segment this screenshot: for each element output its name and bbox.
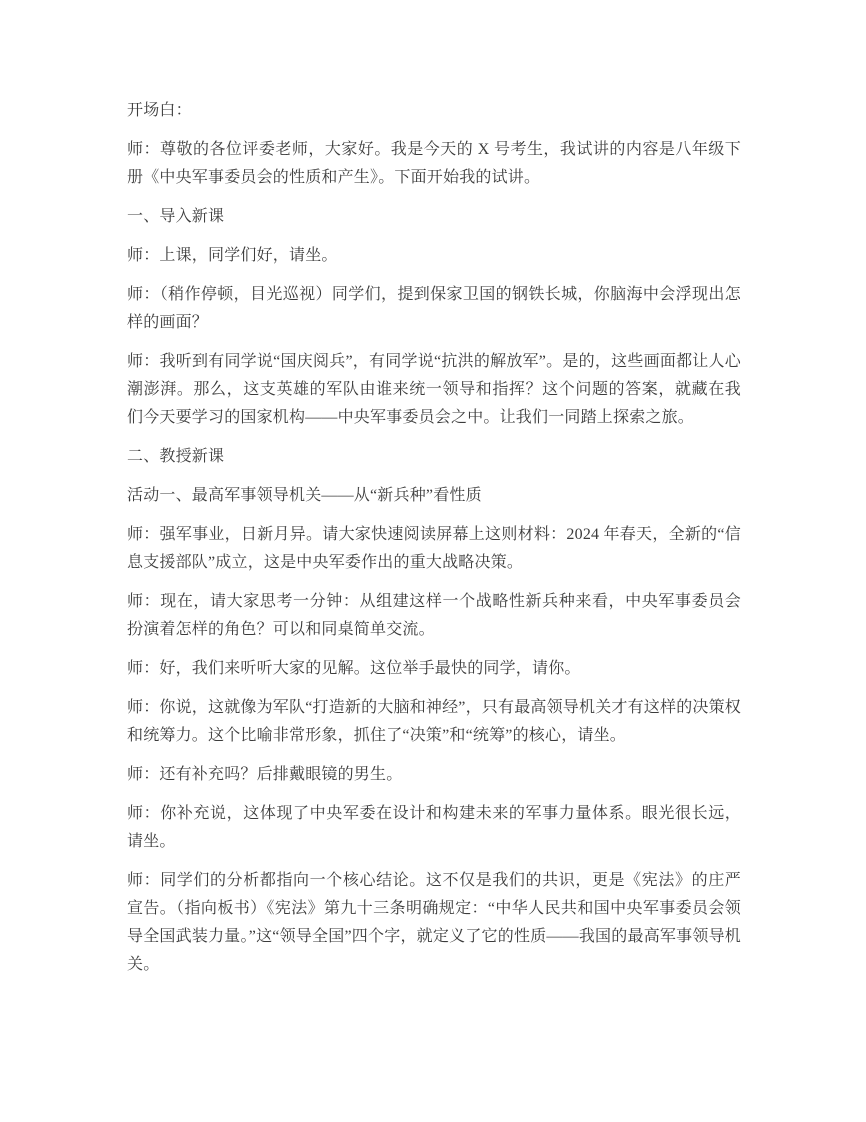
- dialogue-paragraph: 师：现在，请大家思考一分钟：从组建这样一个战略性新兵种来看，中央军事委员会扮演着…: [127, 588, 741, 644]
- dialogue-paragraph: 师：好，我们来听听大家的见解。这位举手最快的同学，请你。: [127, 655, 741, 683]
- dialogue-paragraph: 师：还有补充吗？后排戴眼镜的男生。: [127, 761, 741, 789]
- section-heading: 活动一、最高军事领导机关——从“新兵种”看性质: [127, 482, 741, 510]
- dialogue-paragraph: 师：你补充说，这体现了中央军委在设计和构建未来的军事力量体系。眼光很长远，请坐。: [127, 800, 741, 856]
- section-heading: 二、教授新课: [127, 443, 741, 471]
- dialogue-paragraph: 师：我听到有同学说“国庆阅兵”，有同学说“抗洪的解放军”。是的，这些画面都让人心…: [127, 348, 741, 432]
- dialogue-paragraph: 师：强军事业，日新月异。请大家快速阅读屏幕上这则材料：2024 年春天，全新的“…: [127, 521, 741, 577]
- section-heading: 一、导入新课: [127, 203, 741, 231]
- document-page: 开场白：师：尊敬的各位评委老师，大家好。我是今天的 X 号考生，我试讲的内容是八…: [0, 0, 866, 1122]
- dialogue-paragraph: 师：你说，这就像为军队“打造新的大脑和神经”，只有最高领导机关才有这样的决策权和…: [127, 694, 741, 750]
- dialogue-paragraph: 师：（稍作停顿，目光巡视）同学们，提到保家卫国的钢铁长城，你脑海中会浮现出怎样的…: [127, 281, 741, 337]
- dialogue-paragraph: 师：尊敬的各位评委老师，大家好。我是今天的 X 号考生，我试讲的内容是八年级下册…: [127, 136, 741, 192]
- dialogue-paragraph: 师：同学们的分析都指向一个核心结论。这不仅是我们的共识，更是《宪法》的庄严宣告。…: [127, 867, 741, 979]
- document-body: 开场白：师：尊敬的各位评委老师，大家好。我是今天的 X 号考生，我试讲的内容是八…: [127, 97, 741, 979]
- dialogue-paragraph: 师：上课，同学们好，请坐。: [127, 242, 741, 270]
- opening-label: 开场白：: [127, 97, 741, 125]
